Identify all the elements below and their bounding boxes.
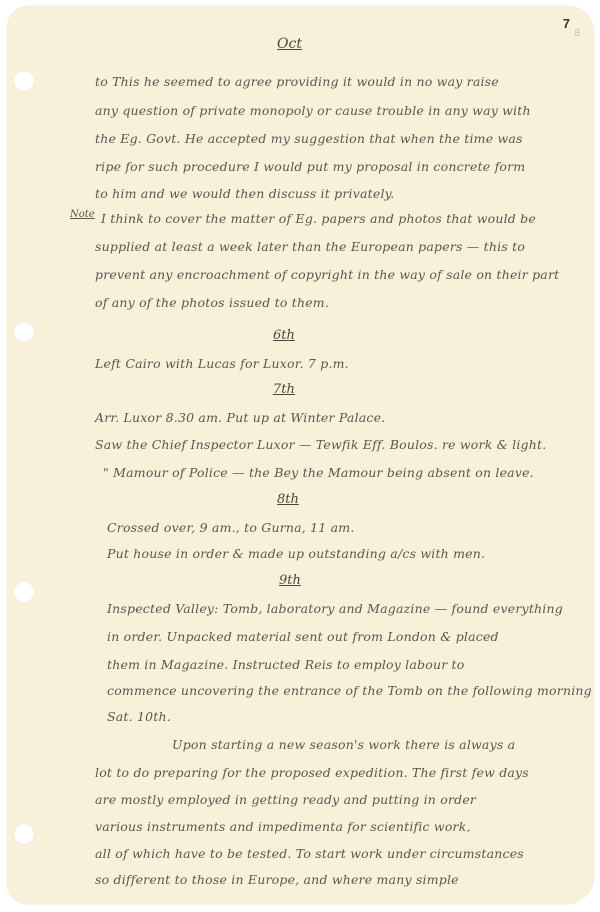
- manuscript-page: 7 8 Oct to This he seemed to agree provi…: [7, 6, 594, 904]
- punch-hole: [13, 321, 35, 343]
- text-line: " Mamour of Police — the Bey the Mamour …: [103, 465, 534, 480]
- text-line: lot to do preparing for the proposed exp…: [95, 765, 529, 780]
- page-number: 7: [563, 16, 570, 31]
- month-heading: Oct: [277, 36, 302, 52]
- text-line: prevent any encroachment of copyright in…: [95, 267, 559, 282]
- margin-note-label: Note: [70, 209, 95, 220]
- date-heading: 8th: [277, 492, 299, 507]
- punch-hole: [13, 70, 35, 92]
- punch-hole: [13, 581, 35, 603]
- date-heading: 6th: [273, 328, 295, 343]
- text-line: are mostly employed in getting ready and…: [95, 792, 476, 807]
- text-line: them in Magazine. Instructed Reis to emp…: [107, 657, 465, 672]
- text-line: Put house in order & made up outstanding…: [107, 546, 485, 561]
- text-line: commence uncovering the entrance of the …: [107, 683, 592, 698]
- date-heading: 7th: [273, 382, 295, 397]
- text-line: of any of the photos issued to them.: [95, 295, 329, 310]
- text-line: Saw the Chief Inspector Luxor — Tewfik E…: [95, 437, 546, 452]
- text-line: Inspected Valley: Tomb, laboratory and M…: [107, 601, 563, 616]
- page-number-secondary: 8: [574, 28, 580, 39]
- text-line: I think to cover the matter of Eg. paper…: [101, 211, 536, 226]
- text-line: to him and we would then discuss it priv…: [95, 186, 394, 201]
- text-line: the Eg. Govt. He accepted my suggestion …: [95, 131, 523, 146]
- text-line: Left Cairo with Lucas for Luxor. 7 p.m.: [95, 356, 349, 371]
- text-line: in order. Unpacked material sent out fro…: [107, 629, 499, 644]
- text-line: Upon starting a new season's work there …: [172, 737, 515, 752]
- text-line: any question of private monopoly or caus…: [95, 103, 531, 118]
- text-line: supplied at least a week later than the …: [95, 239, 525, 254]
- text-line: various instruments and impedimenta for …: [95, 819, 471, 834]
- text-line: to This he seemed to agree providing it …: [95, 74, 499, 89]
- text-line: so different to those in Europe, and whe…: [95, 872, 459, 887]
- text-line: Sat. 10th.: [107, 709, 171, 724]
- text-line: Arr. Luxor 8.30 am. Put up at Winter Pal…: [95, 410, 385, 425]
- text-line: Crossed over, 9 am., to Gurna, 11 am.: [107, 520, 355, 535]
- text-line: ripe for such procedure I would put my p…: [95, 159, 525, 174]
- punch-hole: [13, 823, 35, 845]
- date-heading: 9th: [279, 573, 301, 588]
- text-line: all of which have to be tested. To start…: [95, 846, 524, 861]
